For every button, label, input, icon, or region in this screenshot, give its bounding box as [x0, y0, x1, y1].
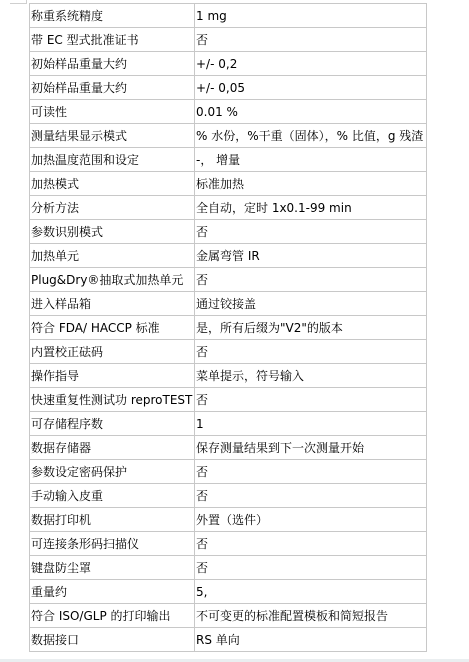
- row-value: 5,: [195, 580, 427, 604]
- table-row: 初始样品重量大约+/- 0,2: [30, 52, 427, 76]
- table-row: 加热温度范围和设定-， 增量: [30, 148, 427, 172]
- row-label: 参数设定密码保护: [30, 460, 195, 484]
- table-row: 手动输入皮重否: [30, 484, 427, 508]
- corner-decoration: [10, 0, 27, 4]
- row-label: 操作指导: [30, 364, 195, 388]
- row-value: 否: [195, 484, 427, 508]
- row-value: RS 单向: [195, 628, 427, 652]
- row-value: 是，所有后缀为"V2"的版本: [195, 316, 427, 340]
- table-row: 可读性0.01 %: [30, 100, 427, 124]
- row-label: 加热单元: [30, 244, 195, 268]
- row-label: 分析方法: [30, 196, 195, 220]
- row-value: 全自动，定时 1x0.1-99 min: [195, 196, 427, 220]
- row-value: 否: [195, 388, 427, 412]
- table-row: Plug&Dry®抽取式加热单元否: [30, 268, 427, 292]
- table-row: 测量结果显示模式% 水份，%干重（固体），% 比值，g 残渣: [30, 124, 427, 148]
- table-row: 可存储程序数1: [30, 412, 427, 436]
- table-row: 加热单元金属弯管 IR: [30, 244, 427, 268]
- row-label: 可读性: [30, 100, 195, 124]
- row-value: 1: [195, 412, 427, 436]
- row-value: 通过铰接盖: [195, 292, 427, 316]
- row-value: +/- 0,05: [195, 76, 427, 100]
- table-row: 数据接口RS 单向: [30, 628, 427, 652]
- row-value: 否: [195, 556, 427, 580]
- row-label: Plug&Dry®抽取式加热单元: [30, 268, 195, 292]
- row-label: 初始样品重量大约: [30, 76, 195, 100]
- row-label: 键盘防尘罩: [30, 556, 195, 580]
- table-row: 内置校正砝码否: [30, 340, 427, 364]
- row-value: % 水份，%干重（固体），% 比值，g 残渣: [195, 124, 427, 148]
- row-value: -， 增量: [195, 148, 427, 172]
- table-row: 称重系统精度1 mg: [30, 4, 427, 28]
- spec-table-body: 称重系统精度1 mg 带 EC 型式批准证书否 初始样品重量大约+/- 0,2 …: [30, 4, 427, 652]
- table-row: 进入样品箱通过铰接盖: [30, 292, 427, 316]
- row-label: 快速重复性测试功 reproTEST: [30, 388, 195, 412]
- table-row: 键盘防尘罩否: [30, 556, 427, 580]
- table-row: 符合 ISO/GLP 的打印输出不可变更的标准配置模板和简短报告: [30, 604, 427, 628]
- row-label: 初始样品重量大约: [30, 52, 195, 76]
- table-row: 参数设定密码保护否: [30, 460, 427, 484]
- row-label: 符合 FDA/ HACCP 标准: [30, 316, 195, 340]
- table-row: 加热模式标准加热: [30, 172, 427, 196]
- row-label: 进入样品箱: [30, 292, 195, 316]
- row-label: 可连接条形码扫描仪: [30, 532, 195, 556]
- row-value: +/- 0,2: [195, 52, 427, 76]
- row-label: 数据接口: [30, 628, 195, 652]
- row-label: 可存储程序数: [30, 412, 195, 436]
- row-value: 标准加热: [195, 172, 427, 196]
- table-row: 初始样品重量大约+/- 0,05: [30, 76, 427, 100]
- row-value: 否: [195, 532, 427, 556]
- row-value: 保存测量结果到下一次测量开始: [195, 436, 427, 460]
- row-label: 手动输入皮重: [30, 484, 195, 508]
- row-value: 否: [195, 340, 427, 364]
- table-row: 数据打印机外置（选件）: [30, 508, 427, 532]
- row-label: 内置校正砝码: [30, 340, 195, 364]
- row-value: 否: [195, 268, 427, 292]
- table-row: 符合 FDA/ HACCP 标准是，所有后缀为"V2"的版本: [30, 316, 427, 340]
- row-value: 外置（选件）: [195, 508, 427, 532]
- row-label: 称重系统精度: [30, 4, 195, 28]
- row-value: 否: [195, 220, 427, 244]
- row-label: 数据存储器: [30, 436, 195, 460]
- row-label: 带 EC 型式批准证书: [30, 28, 195, 52]
- table-row: 分析方法全自动，定时 1x0.1-99 min: [30, 196, 427, 220]
- table-row: 参数识别模式否: [30, 220, 427, 244]
- row-label: 符合 ISO/GLP 的打印输出: [30, 604, 195, 628]
- row-value: 否: [195, 28, 427, 52]
- table-row: 可连接条形码扫描仪否: [30, 532, 427, 556]
- row-value: 金属弯管 IR: [195, 244, 427, 268]
- row-label: 加热模式: [30, 172, 195, 196]
- table-row: 数据存储器保存测量结果到下一次测量开始: [30, 436, 427, 460]
- table-row: 重量约5,: [30, 580, 427, 604]
- row-label: 数据打印机: [30, 508, 195, 532]
- row-label: 测量结果显示模式: [30, 124, 195, 148]
- row-value: 否: [195, 460, 427, 484]
- row-value: 0.01 %: [195, 100, 427, 124]
- row-label: 参数识别模式: [30, 220, 195, 244]
- table-row: 操作指导菜单提示，符号输入: [30, 364, 427, 388]
- table-row: 快速重复性测试功 reproTEST否: [30, 388, 427, 412]
- row-value: 不可变更的标准配置模板和简短报告: [195, 604, 427, 628]
- row-value: 菜单提示，符号输入: [195, 364, 427, 388]
- table-row: 带 EC 型式批准证书否: [30, 28, 427, 52]
- spec-table: 称重系统精度1 mg 带 EC 型式批准证书否 初始样品重量大约+/- 0,2 …: [29, 3, 427, 652]
- row-value: 1 mg: [195, 4, 427, 28]
- row-label: 重量约: [30, 580, 195, 604]
- row-label: 加热温度范围和设定: [30, 148, 195, 172]
